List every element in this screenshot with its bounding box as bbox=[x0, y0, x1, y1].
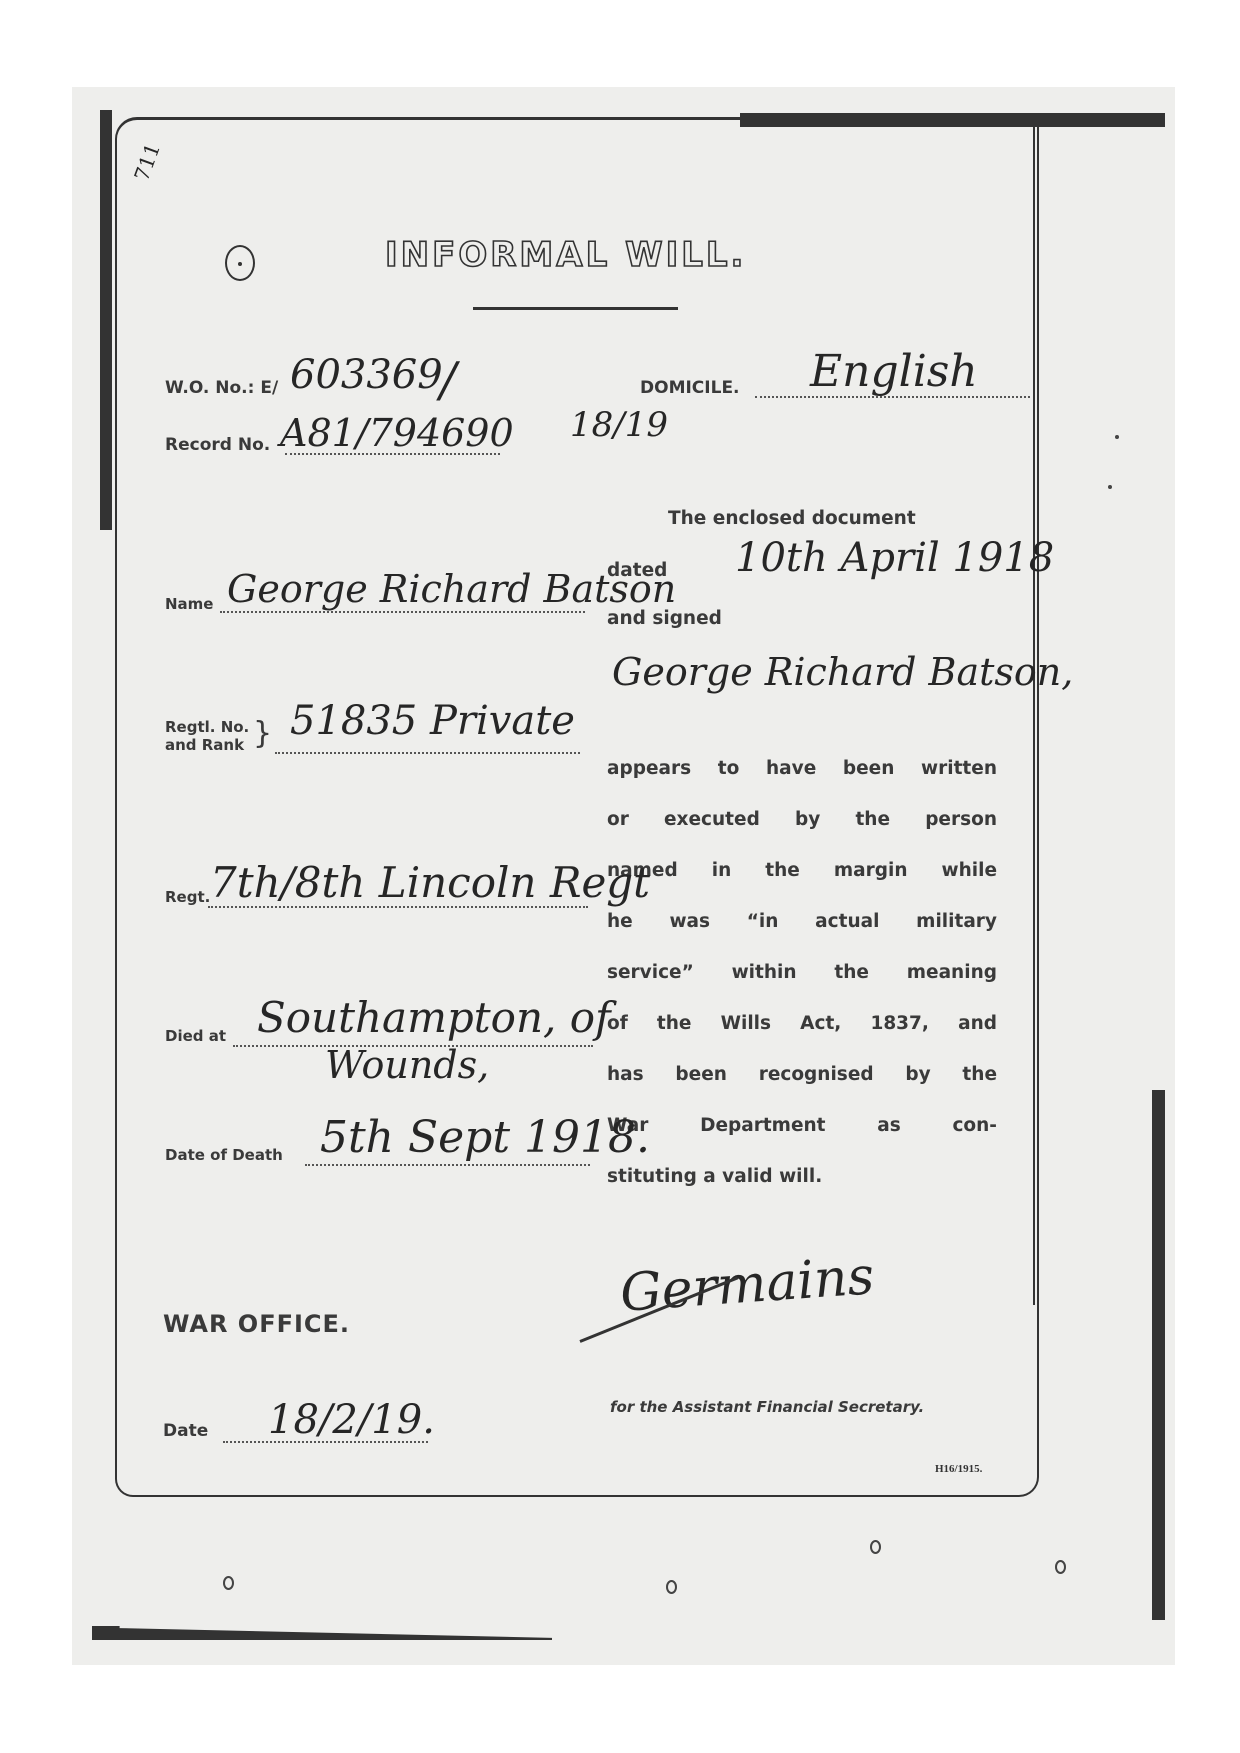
issue-date-label: Date bbox=[163, 1421, 208, 1441]
speck bbox=[1115, 435, 1119, 439]
speck bbox=[1108, 485, 1112, 489]
died-at-value-cont: Wounds, bbox=[325, 1043, 489, 1087]
speck bbox=[223, 1576, 234, 1590]
statement-line: he was “in actual military bbox=[607, 911, 997, 962]
domicile-value: English bbox=[810, 346, 978, 397]
regtl-no-label: Regtl. No. bbox=[165, 718, 249, 736]
dated-value: 10th April 1918 bbox=[735, 535, 1054, 581]
statement-line: War Department as con- bbox=[607, 1115, 997, 1166]
scan-edge-right bbox=[1152, 1090, 1165, 1620]
form-right-edge bbox=[1033, 125, 1035, 1305]
regtl-no-value: 51835 Private bbox=[290, 698, 575, 744]
regiment-label: Regt. bbox=[165, 888, 210, 906]
wo-number-label: W.O. No.: E/ bbox=[165, 378, 278, 398]
rank-label: and Rank bbox=[165, 736, 244, 754]
statement-line: or executed by the person bbox=[607, 809, 997, 860]
statement-line: service” within the meaning bbox=[607, 962, 997, 1013]
punch-hole-icon bbox=[225, 245, 255, 281]
title-underline bbox=[473, 307, 678, 310]
died-at-label: Died at bbox=[165, 1027, 226, 1045]
statement-line: stituting a valid will. bbox=[607, 1166, 997, 1217]
speck bbox=[666, 1580, 677, 1594]
statement-line: of the Wills Act, 1837, and bbox=[607, 1013, 997, 1064]
signed-value: George Richard Batson, bbox=[612, 650, 1073, 694]
statement-body: appears to have been written or executed… bbox=[607, 758, 997, 1217]
signed-label: and signed bbox=[607, 608, 722, 629]
statement-line: named in the margin while bbox=[607, 860, 997, 911]
domicile-label: DOMICILE. bbox=[640, 378, 740, 398]
issue-date-value: 18/2/19. bbox=[268, 1397, 435, 1443]
wo-number-annotation: / bbox=[440, 352, 456, 408]
regiment-value: 7th/8th Lincoln Regt bbox=[210, 858, 650, 907]
speck bbox=[870, 1540, 881, 1554]
record-number-annotation: 18/19 bbox=[570, 405, 668, 445]
date-of-death-value: 5th Sept 1918. bbox=[320, 1112, 650, 1163]
document-title: INFORMAL WILL. bbox=[385, 235, 746, 275]
died-at-value: Southampton, of bbox=[257, 993, 611, 1042]
war-office-heading: WAR OFFICE. bbox=[163, 1310, 350, 1338]
signature-caption: for the Assistant Financial Secretary. bbox=[610, 1398, 924, 1416]
name-label: Name bbox=[165, 595, 213, 613]
scan-edge-left bbox=[100, 110, 112, 530]
form-code: H16/1915. bbox=[935, 1463, 982, 1475]
speck bbox=[1055, 1560, 1066, 1574]
statement-line: has been recognised by the bbox=[607, 1064, 997, 1115]
date-of-death-label: Date of Death bbox=[165, 1146, 283, 1164]
wo-number-value: 603369 bbox=[290, 352, 443, 398]
record-number-label: Record No. bbox=[165, 435, 270, 455]
statement-intro: The enclosed document bbox=[668, 508, 916, 529]
record-number-value: A81/794690 bbox=[280, 411, 514, 455]
statement-line: appears to have been written bbox=[607, 758, 997, 809]
name-value: George Richard Batson bbox=[227, 567, 676, 611]
